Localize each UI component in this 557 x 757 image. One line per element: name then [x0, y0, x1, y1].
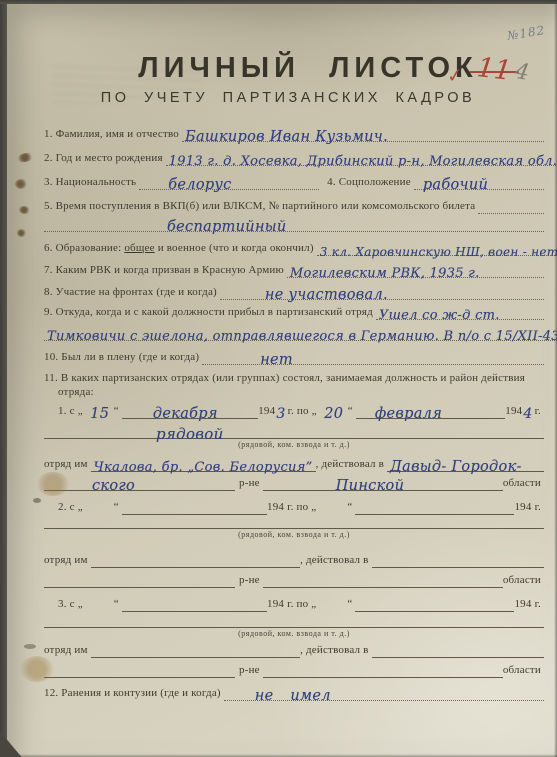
- birth-field-line: 1913 г. д. Хосевка, Дрибинский р-н, Моги…: [166, 150, 557, 166]
- staple-rust-mark: [17, 229, 26, 237]
- staple-rust-mark: [18, 205, 30, 214]
- education-field-label-underlined: общее: [124, 242, 157, 256]
- name-field-value: Башкиров Иван Кузьмич.: [185, 130, 388, 145]
- service-heading-row-1: 11. В каких партизанских отрядах (или гр…: [44, 372, 544, 386]
- block-1-unit-label: отряд им: [44, 458, 91, 472]
- wounds-field-label: 12. Ранения и контузии (где и когда): [44, 687, 224, 701]
- block-3-role-caption: (рядовой, ком. взвода и т. д.): [44, 628, 544, 638]
- party-membership-row-2: беспартийный: [44, 216, 544, 232]
- block-3-district-label: р-не: [235, 664, 263, 678]
- block-1-region-label: области: [503, 477, 544, 491]
- block-1-from-prefix: с „: [70, 405, 86, 419]
- wounds-field-line: не имел: [224, 685, 544, 701]
- conscription-field-label: 7. Каким РВК и когда призван в Красную А…: [44, 264, 287, 278]
- block-3-region-line: [263, 662, 503, 678]
- name-field-row: 1. Фамилия, имя и отчество Башкиров Иван…: [44, 126, 544, 142]
- service-heading-line-2: отряда:: [44, 386, 97, 400]
- block-1-district-value: ского: [92, 479, 135, 494]
- scan-edge-left: [0, 0, 7, 757]
- block-2-district-line: [44, 572, 235, 588]
- block-1-from-year-digit: 3: [276, 407, 285, 421]
- block-3-acted-label: , действовал в: [300, 644, 371, 658]
- block-1-unit-line: Чкалова, бр. „Сов. Белорусия”: [91, 456, 316, 472]
- block-3-region-label: области: [503, 664, 544, 678]
- block-1-from-month: декабря: [153, 407, 218, 422]
- block-2-acted-line: [372, 552, 544, 568]
- education-field-value: 3 кл. Харовчинскую НШ, воен - нет: [320, 246, 557, 258]
- captivity-field-value: нет: [260, 353, 293, 368]
- service-block-2-role: (рядовой, ком. взвода и т. д.): [44, 511, 544, 539]
- nationality-field-label: 3. Национальность: [44, 176, 139, 190]
- paper-speck: [24, 644, 36, 649]
- corner-archive-number: №182: [506, 23, 546, 43]
- education-field-label-post: и военное (что и когда окончил): [158, 242, 317, 256]
- block-2-role-line: [44, 511, 544, 529]
- birth-field-row: 2. Год и место рождения 1913 г. д. Хосев…: [44, 150, 544, 166]
- social-position-field-label: 4. Соцположение: [319, 176, 414, 190]
- service-block-3-role: (рядовой, ком. взвода и т. д.): [44, 610, 544, 638]
- block-1-acted-line: Давыд- Городок-: [387, 456, 544, 472]
- scanned-document: { "annotations": { "corner_number": "№18…: [0, 0, 557, 757]
- block-1-to-year-digit: 4: [523, 407, 532, 421]
- block-3-unit-line: [91, 642, 300, 658]
- document-subtitle: ПО УЧЕТУ ПАРТИЗАНСКИХ КАДРОВ: [38, 90, 538, 106]
- nationality-field-line: белорус: [139, 174, 319, 190]
- party-membership-line-1: [478, 198, 544, 214]
- block-2-region-label: области: [503, 574, 544, 588]
- nationality-field-value: белорус: [168, 178, 231, 193]
- social-position-field-value: рабочий: [423, 178, 488, 193]
- front-participation-line: не участвовал.: [220, 284, 544, 300]
- red-checkmark: ✓: [446, 64, 464, 88]
- education-field-line: 3 кл. Харовчинскую НШ, воен - нет: [317, 240, 557, 256]
- block-3-unit-label: отряд им: [44, 644, 91, 658]
- paper-speck: [33, 498, 41, 503]
- conscription-field-value: Могилевским РВК, 1935 г.: [290, 267, 480, 280]
- party-membership-field-value: беспартийный: [167, 220, 287, 235]
- block-1-to-year-printed: 194: [505, 405, 525, 419]
- block-2-role-caption: (рядовой, ком. взвода и т. д.): [44, 529, 544, 539]
- name-field-line: Башкиров Иван Кузьмич.: [182, 126, 544, 142]
- service-block-1-dates: 1. с „ 15 “ декабря 194 3 г. по „ 20 “ ф…: [44, 403, 544, 419]
- block-2-acted-label: , действовал в: [300, 554, 371, 568]
- block-1-number: 1.: [44, 405, 70, 419]
- front-participation-field-value: не участвовал.: [265, 288, 388, 303]
- nationality-social-row: 3. Национальность белорус 4. Соцположени…: [44, 174, 544, 190]
- block-2-unit-label: отряд им: [44, 554, 91, 568]
- birth-field-label: 2. Год и место рождения: [44, 152, 166, 166]
- staple-rust-mark: [15, 179, 27, 189]
- captivity-field-row: 10. Был ли в плену (где и когда) нет: [44, 349, 544, 365]
- service-heading-line-1: 11. В каких партизанских отрядах (или гр…: [44, 372, 528, 386]
- block-1-district-label: р-не: [235, 477, 263, 491]
- block-1-acted-label: , действовал в: [316, 458, 387, 472]
- block-1-role-caption: (рядовой, ком. взвода и т. д.): [44, 439, 544, 449]
- block-1-year-suffix: г.: [535, 405, 544, 419]
- service-block-3-unit: отряд им , действовал в: [44, 642, 544, 658]
- captivity-field-label: 10. Был ли в плену (где и когда): [44, 351, 202, 365]
- red-crossed-number: 11: [475, 52, 513, 87]
- service-heading-row-2: отряда:: [44, 386, 544, 400]
- block-1-to-month: февраля: [375, 407, 442, 422]
- service-block-2-unit: отряд им , действовал в: [44, 552, 544, 568]
- block-1-to-day: 20: [324, 407, 343, 422]
- block-1-to-day-slot: 20: [320, 407, 348, 420]
- party-membership-line-2: беспартийный: [44, 216, 544, 232]
- block-1-role-line: рядовой: [44, 421, 544, 439]
- arrival-field-value-line-1: Ушел со ж-д ст.: [379, 309, 500, 322]
- name-field-label: 1. Фамилия, имя и отчество: [44, 128, 182, 142]
- arrival-field-label: 9. Откуда, когда и с какой должности при…: [44, 306, 376, 320]
- block-1-to-month-line: февраля: [356, 403, 505, 419]
- front-participation-field-label: 8. Участие на фронтах (где и когда): [44, 286, 220, 300]
- service-block-3-district: р-не области: [44, 662, 544, 678]
- block-1-to-prefix: г. по „: [288, 405, 320, 419]
- wounds-field-row: 12. Ранения и контузии (где и когда) не …: [44, 685, 544, 701]
- service-block-1-district: ского р-не Пинской области: [44, 475, 544, 491]
- block-1-district-line: ского: [44, 475, 235, 491]
- block-2-region-line: [263, 572, 503, 588]
- arrival-field-line-1: Ушел со ж-д ст.: [376, 304, 544, 320]
- block-3-district-line: [44, 662, 235, 678]
- block-1-from-day-slot: 15: [86, 407, 114, 420]
- service-block-1-role: рядовой (рядовой, ком. взвода и т. д.): [44, 421, 544, 449]
- block-1-unit-value: Чкалова, бр. „Сов. Белорусия”: [94, 461, 313, 474]
- arrival-field-row: 9. Откуда, когда и с какой должности при…: [44, 304, 544, 320]
- block-3-role-line: [44, 610, 544, 628]
- block-1-from-month-line: декабря: [122, 403, 258, 419]
- birth-field-value: 1913 г. д. Хосевка, Дрибинский р-н, Моги…: [169, 155, 557, 168]
- party-membership-row: 5. Время поступления в ВКП(б) или ВЛКСМ,…: [44, 198, 544, 214]
- document-paper: №182 ЛИЧНЫЙ ЛИСТОК ✓ 11 4 ПО УЧЕТУ ПАРТИ…: [6, 4, 557, 757]
- conscription-field-line: Могилевским РВК, 1935 г.: [287, 262, 544, 278]
- arrival-field-line-2: Тимковичи с эшелона, отправлявшегося в Г…: [44, 325, 557, 341]
- party-membership-field-label: 5. Время поступления в ВКП(б) или ВЛКСМ,…: [44, 200, 478, 214]
- block-3-acted-line: [372, 642, 544, 658]
- block-1-from-day: 15: [90, 407, 109, 422]
- staple-rust-mark: [17, 152, 34, 164]
- front-participation-row: 8. Участие на фронтах (где и когда) не у…: [44, 284, 544, 300]
- scan-corner-bottom-left: [0, 731, 24, 757]
- block-2-district-label: р-не: [235, 574, 263, 588]
- block-1-region-line: Пинской: [263, 475, 503, 491]
- wounds-field-value: не имел: [255, 689, 331, 704]
- block-1-acted-value: Давыд- Городок-: [390, 460, 522, 475]
- captivity-field-line: нет: [202, 349, 544, 365]
- block-1-region-value: Пинской: [336, 479, 404, 494]
- education-field-label-pre: 6. Образование:: [44, 242, 124, 256]
- block-1-from-year-printed: 194: [258, 405, 278, 419]
- conscription-field-row: 7. Каким РВК и когда призван в Красную А…: [44, 262, 544, 278]
- education-field-row: 6. Образование: общее и военное (что и к…: [44, 240, 544, 256]
- service-block-2-district: р-не области: [44, 572, 544, 588]
- social-position-field-line: рабочий: [414, 174, 544, 190]
- arrival-field-row-2: Тимковичи с эшелона, отправлявшегося в Г…: [44, 325, 544, 341]
- service-block-1-unit: отряд им Чкалова, бр. „Сов. Белорусия” ,…: [44, 456, 544, 472]
- block-1-role-value: рядовой: [156, 427, 224, 442]
- scan-edge-top: [0, 0, 557, 4]
- block-1-to-quote: “: [348, 405, 356, 419]
- pencil-mark: 4: [513, 59, 531, 86]
- arrival-field-value-line-2: Тимковичи с эшелона, отправлявшегося в Г…: [47, 330, 557, 343]
- block-2-unit-line: [91, 552, 300, 568]
- block-1-from-quote: “: [114, 405, 122, 419]
